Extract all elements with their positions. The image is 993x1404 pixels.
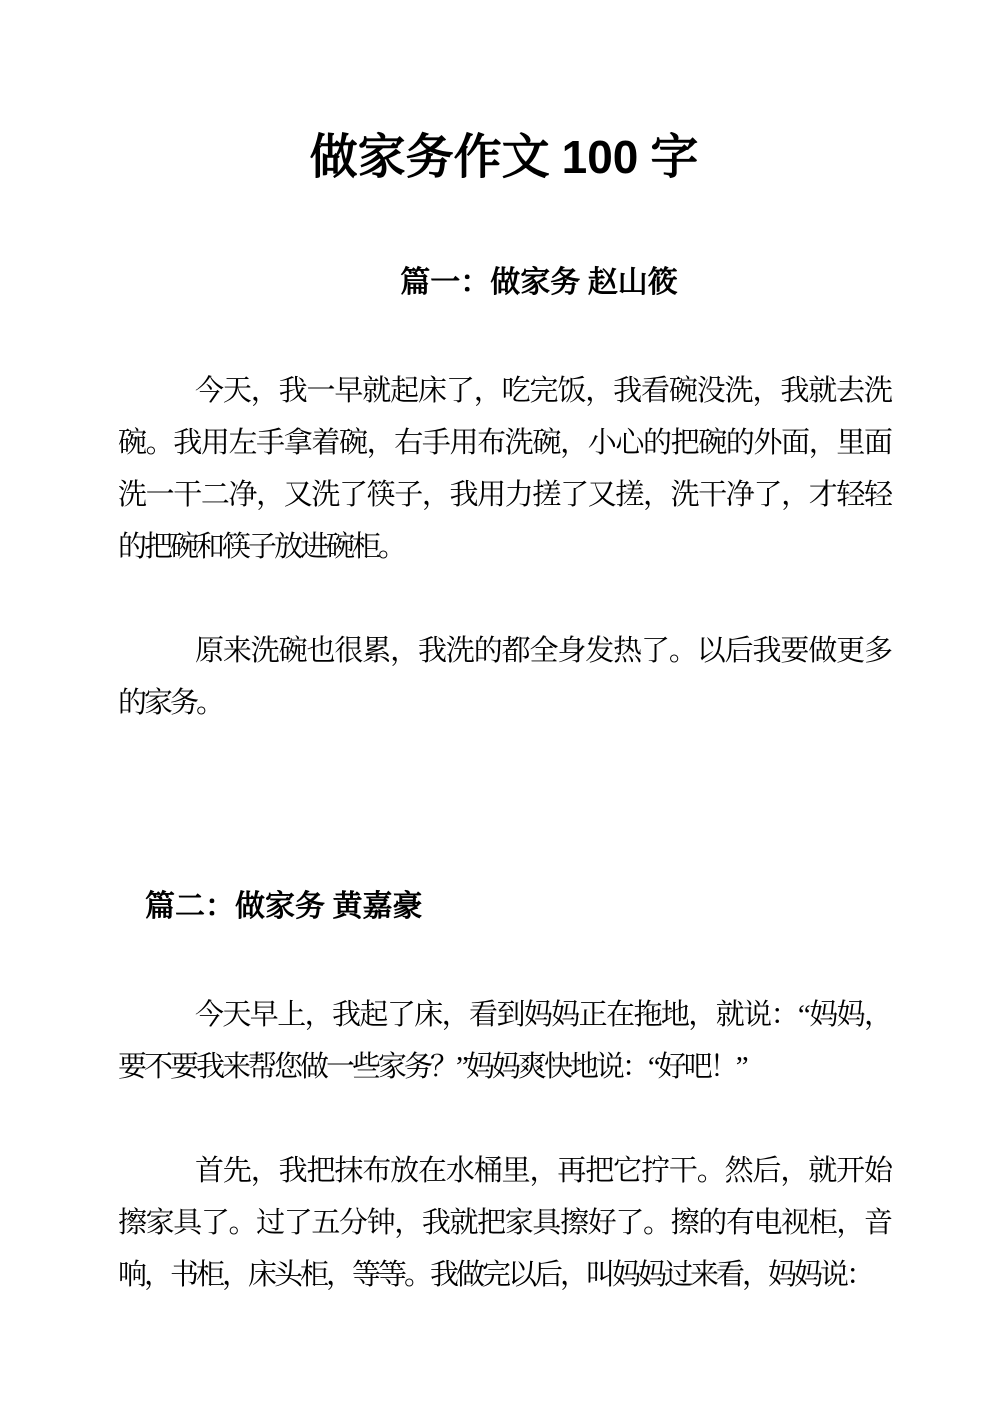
title-text-prefix: 做家务作文 xyxy=(310,131,550,184)
text-line: 响，书柜，床头柜，等等。我做完以后，叫妈妈过来看，妈妈说： xyxy=(118,1249,890,1301)
paragraph: 首先，我把抹布放在水桶里，再把它拧干。然后，就开始 擦家具了。过了五分钟，我就把… xyxy=(118,1145,890,1301)
document-title: 做家务作文100字 xyxy=(118,120,890,195)
text-line: 洗一干二净，又洗了筷子，我用力搓了又搓，洗干净了，才轻轻 xyxy=(118,469,890,521)
section-heading-2: 篇二：做家务 黄嘉豪 xyxy=(118,881,890,933)
text-line: 原来洗碗也很累，我洗的都全身发热了。以后我要做更多 xyxy=(118,625,890,677)
text-line: 今天早上，我起了床，看到妈妈正在拖地，就说：“妈妈， xyxy=(118,989,890,1041)
paragraph: 今天早上，我起了床，看到妈妈正在拖地，就说：“妈妈， 要不要我来帮您做一些家务？… xyxy=(118,989,890,1093)
text-line: 的家务。 xyxy=(118,677,890,729)
title-text-suffix: 字 xyxy=(650,131,698,184)
text-line: 要不要我来帮您做一些家务？”妈妈爽快地说：“好吧！” xyxy=(118,1041,890,1093)
text-line: 擦家具了。过了五分钟，我就把家具擦好了。擦的有电视柜，音 xyxy=(118,1197,890,1249)
text-line: 今天，我一早就起床了，吃完饭，我看碗没洗，我就去洗 xyxy=(118,365,890,417)
document-page: 做家务作文100字 篇一：做家务 赵山筱 今天，我一早就起床了，吃完饭，我看碗没… xyxy=(0,0,993,1404)
title-number: 100 xyxy=(562,131,639,183)
section-heading-1: 篇一：做家务 赵山筱 xyxy=(118,257,890,309)
paragraph: 今天，我一早就起床了，吃完饭，我看碗没洗，我就去洗 碗。我用左手拿着碗，右手用布… xyxy=(118,365,890,573)
text-line: 碗。我用左手拿着碗，右手用布洗碗，小心的把碗的外面，里面 xyxy=(118,417,890,469)
text-line: 首先，我把抹布放在水桶里，再把它拧干。然后，就开始 xyxy=(118,1145,890,1197)
text-line: 的把碗和筷子放进碗柜。 xyxy=(118,521,890,573)
paragraph: 原来洗碗也很累，我洗的都全身发热了。以后我要做更多 的家务。 xyxy=(118,625,890,729)
